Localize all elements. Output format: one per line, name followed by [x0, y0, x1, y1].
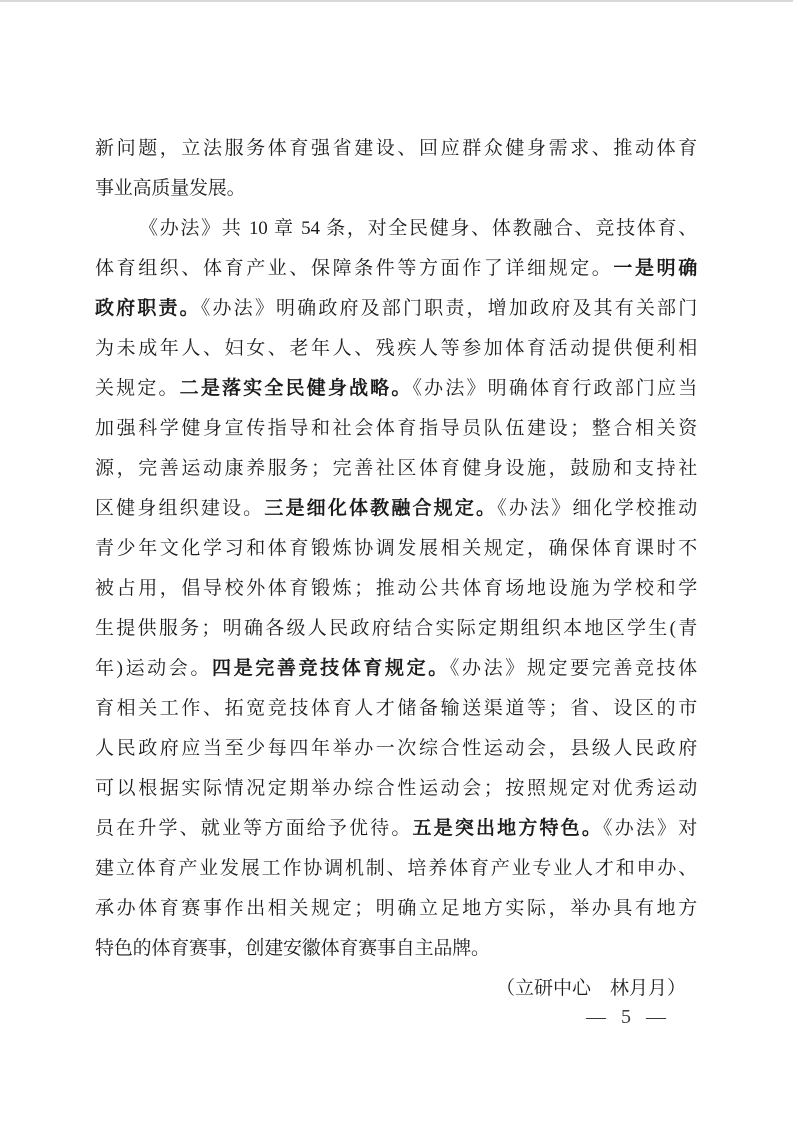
text-line: 人民政府应当至少每四年举办一次综合性运动会，县级人民政府: [95, 729, 697, 769]
emphasis-text-segment: 二是落实全民健身战略。: [180, 378, 413, 399]
text-segment: 员在升学、就业等方面给予优待。: [95, 818, 413, 839]
text-segment: 源，完善运动康养服务；完善社区体育健身设施，鼓励和支持社: [95, 458, 697, 479]
page-number: — 5 —: [586, 997, 667, 1037]
text-line: 承办体育赛事作出相关规定；明确立足地方实际，举办具有地方: [95, 889, 697, 929]
text-segment: 关规定。: [95, 378, 180, 399]
emphasis-text-segment: 一是明确: [613, 258, 697, 279]
text-segment: 育相关工作、拓宽竞技体育人才储备输送渠道等；省、设区的市: [95, 698, 697, 719]
text-segment: 体育组织、体育产业、保障条件等方面作了详细规定。: [95, 258, 613, 279]
text-segment: 人民政府应当至少每四年举办一次综合性运动会，县级人民政府: [95, 738, 697, 759]
text-line: 特色的体育赛事，创建安徽体育赛事自主品牌。: [95, 929, 697, 969]
text-segment: 加强科学健身宣传指导和社会体育指导员队伍建设；整合相关资: [95, 418, 697, 439]
text-line: 被占用，倡导校外体育锻炼；推动公共体育场地设施为学校和学: [95, 569, 697, 609]
text-line: 事业高质量发展。: [95, 169, 697, 209]
text-line: 加强科学健身宣传指导和社会体育指导员队伍建设；整合相关资: [95, 409, 697, 449]
text-line: 生提供服务；明确各级人民政府结合实际定期组织本地区学生(青: [95, 609, 697, 649]
text-segment: 事业高质量发展。: [95, 178, 245, 199]
text-segment: 《办法》细化学校推动: [497, 498, 697, 519]
text-block: 新问题，立法服务体育强省建设、回应群众健身需求、推动体育事业高质量发展。《办法》…: [95, 129, 697, 1009]
text-line: 建立体育产业发展工作协调机制、培养体育产业专业人才和申办、: [95, 849, 697, 889]
text-segment: 新问题，立法服务体育强省建设、回应群众健身需求、推动体育: [95, 138, 697, 159]
emphasis-text-segment: 三是细化体教融合规定。: [264, 498, 497, 519]
emphasis-text-segment: 五是突出地方特色。: [413, 818, 604, 839]
text-line: 年)运动会。四是完善竞技体育规定。《办法》规定要完善竞技体: [95, 649, 697, 689]
text-segment: 《办法》共 10 章 54 条，对全民健身、体教融合、竞技体育、: [139, 218, 697, 239]
text-line: 政府职责。《办法》明确政府及部门职责，增加政府及其有关部门: [95, 289, 697, 329]
page-top-edge-line: [0, 0, 793, 2]
text-segment: 《办法》明确体育行政部门应当: [413, 378, 697, 399]
text-line: 员在升学、就业等方面给予优待。五是突出地方特色。《办法》对: [95, 809, 697, 849]
text-line: 育相关工作、拓宽竞技体育人才储备输送渠道等；省、设区的市: [95, 689, 697, 729]
text-line: 关规定。二是落实全民健身战略。《办法》明确体育行政部门应当: [95, 369, 697, 409]
text-segment: 生提供服务；明确各级人民政府结合实际定期组织本地区学生(青: [95, 618, 697, 639]
text-segment: 区健身组织建设。: [95, 498, 264, 519]
text-segment: 承办体育赛事作出相关规定；明确立足地方实际，举办具有地方: [95, 898, 697, 919]
text-line: 可以根据实际情况定期举办综合性运动会；按照规定对优秀运动: [95, 769, 697, 809]
text-line: 体育组织、体育产业、保障条件等方面作了详细规定。一是明确: [95, 249, 697, 289]
text-line: 区健身组织建设。三是细化体教融合规定。《办法》细化学校推动: [95, 489, 697, 529]
text-segment: 建立体育产业发展工作协调机制、培养体育产业专业人才和申办、: [95, 858, 697, 879]
text-line: 《办法》共 10 章 54 条，对全民健身、体教融合、竞技体育、: [95, 209, 697, 249]
text-segment: 《办法》明确政府及部门职责，增加政府及其有关部门: [201, 298, 697, 319]
text-line: 源，完善运动康养服务；完善社区体育健身设施，鼓励和支持社: [95, 449, 697, 489]
emphasis-text-segment: 政府职责。: [95, 298, 201, 319]
text-segment: 《办法》对: [603, 818, 697, 839]
text-segment: 特色的体育赛事，创建安徽体育赛事自主品牌。: [95, 938, 490, 959]
text-segment: 年)运动会。: [95, 658, 212, 679]
document-page: 新问题，立法服务体育强省建设、回应群众健身需求、推动体育事业高质量发展。《办法》…: [0, 0, 793, 1122]
emphasis-text-segment: 四是完善竞技体育规定。: [212, 658, 450, 679]
text-segment: 为未成年人、妇女、老年人、残疾人等参加体育活动提供便利相: [95, 338, 697, 359]
text-line: 新问题，立法服务体育强省建设、回应群众健身需求、推动体育: [95, 129, 697, 169]
text-line: 青少年文化学习和体育锻炼协调发展相关规定，确保体育课时不: [95, 529, 697, 569]
text-line: 为未成年人、妇女、老年人、残疾人等参加体育活动提供便利相: [95, 329, 697, 369]
paragraphs-container: 新问题，立法服务体育强省建设、回应群众健身需求、推动体育事业高质量发展。《办法》…: [95, 129, 697, 969]
text-segment: 青少年文化学习和体育锻炼协调发展相关规定，确保体育课时不: [95, 538, 697, 559]
text-segment: 可以根据实际情况定期举办综合性运动会；按照规定对优秀运动: [95, 778, 697, 799]
text-segment: 被占用，倡导校外体育锻炼；推动公共体育场地设施为学校和学: [95, 578, 697, 599]
text-segment: 《办法》规定要完善竞技体: [450, 658, 697, 679]
